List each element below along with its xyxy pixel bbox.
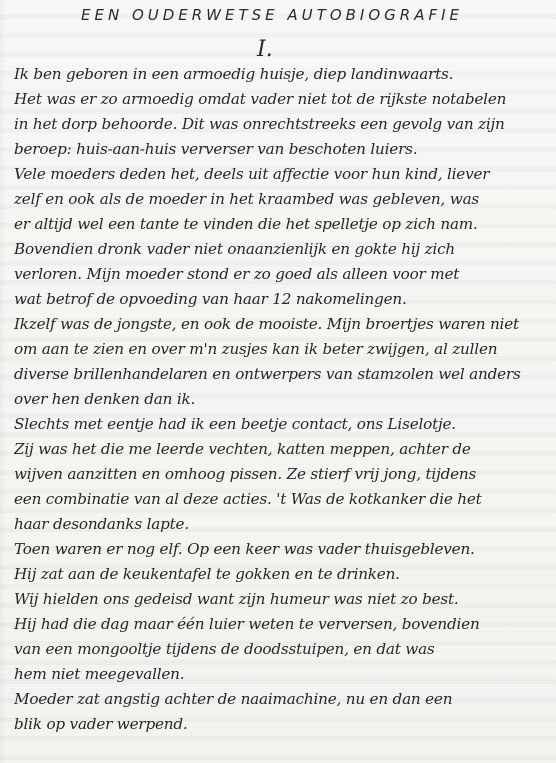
text-line: een combinatie van al deze acties. 't Wa… [14, 487, 549, 512]
text-line: wijven aanzitten en omhoog pissen. Ze st… [14, 462, 549, 487]
chapter-number: I. [257, 37, 273, 62]
text-line: beroep: huis-aan-huis ververser van besc… [14, 137, 549, 162]
text-line: Het was er zo armoedig omdat vader niet … [14, 87, 549, 112]
text-line: haar desondanks lapte. [14, 512, 549, 537]
text-line: Wij hielden ons gedeisd want zijn humeur… [14, 587, 549, 612]
text-line: van een mongooltje tijdens de doodsstuip… [14, 637, 549, 662]
text-line: Toen waren er nog elf. Op een keer was v… [14, 537, 549, 562]
handwritten-page: EEN OUDERWETSE AUTOBIOGRAFIE I. Ik ben g… [0, 0, 556, 763]
text-line: in het dorp behoorde. Dit was onrechtstr… [14, 112, 549, 137]
text-line: om aan te zien en over m'n zusjes kan ik… [14, 337, 549, 362]
text-line: Slechts met eentje had ik een beetje con… [14, 412, 549, 437]
text-line: verloren. Mijn moeder stond er zo goed a… [14, 262, 549, 287]
text-line: Vele moeders deden het, deels uit affect… [14, 162, 549, 187]
handwritten-body: Ik ben geboren in een armoedig huisje, d… [14, 62, 549, 737]
document-title: EEN OUDERWETSE AUTOBIOGRAFIE [0, 6, 550, 24]
text-line: Ikzelf was de jongste, en ook de mooiste… [14, 312, 549, 337]
text-line: Hij zat aan de keukentafel te gokken en … [14, 562, 549, 587]
text-line: er altijd wel een tante te vinden die he… [14, 212, 549, 237]
text-line: Ik ben geboren in een armoedig huisje, d… [14, 62, 549, 87]
text-line: Zij was het die me leerde vechten, katte… [14, 437, 549, 462]
text-line: wat betrof de opvoeding van haar 12 nako… [14, 287, 549, 312]
text-line: over hen denken dan ik. [14, 387, 549, 412]
text-line: Bovendien dronk vader niet onaanzienlijk… [14, 237, 549, 262]
text-line: Moeder zat angstig achter de naaimachine… [14, 687, 549, 712]
text-line: blik op vader werpend. [14, 712, 549, 737]
text-line: zelf en ook als de moeder in het kraambe… [14, 187, 549, 212]
text-line: hem niet meegevallen. [14, 662, 549, 687]
text-line: Hij had die dag maar één luier weten te … [14, 612, 549, 637]
text-line: diverse brillenhandelaren en ontwerpers … [14, 362, 549, 387]
